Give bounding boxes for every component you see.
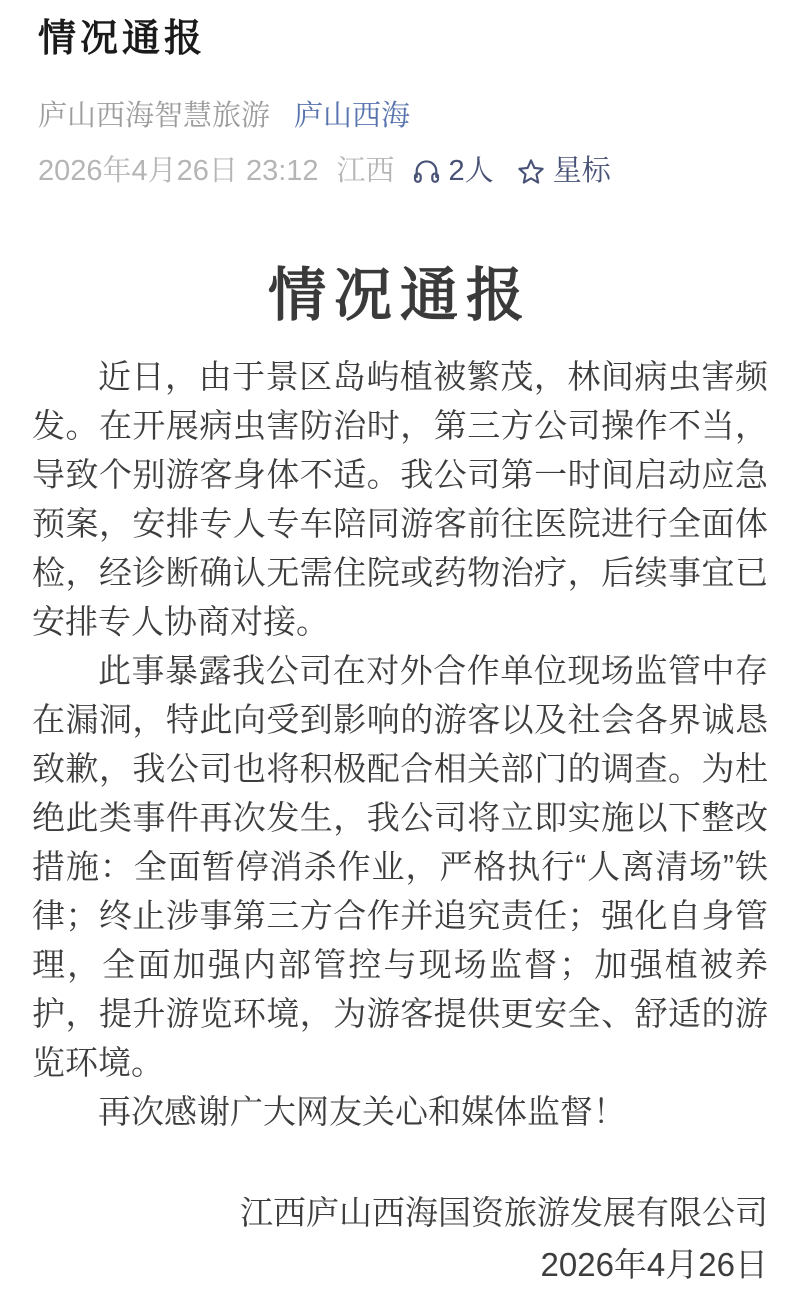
article-title: 情况通报 [32, 264, 768, 328]
byline: 庐山西海智慧旅游 庐山西海 [38, 100, 762, 133]
article-paragraph: 此事暴露我公司在对外合作单位现场监管中存在漏洞，特此向受到影响的游客以及社会各界… [32, 646, 768, 1087]
signature: 江西庐山西海国资旅游发展有限公司 2026年4月26日 [32, 1187, 768, 1290]
publish-location: 江西 [337, 155, 395, 188]
meta-row: 2026年4月26日 23:12 江西 2人 [38, 155, 762, 188]
publish-datetime: 2026年4月26日 23:12 [38, 155, 319, 188]
star-icon [516, 157, 546, 187]
article-body: 情况通报 近日，由于景区岛屿植被繁茂，林间病虫害频发。在开展病虫害防治时，第三方… [0, 264, 800, 1290]
signature-date: 2026年4月26日 [32, 1239, 768, 1290]
starred-badge[interactable]: 星标 [516, 155, 611, 188]
article-header: 情况通报 庐山西海智慧旅游 庐山西海 2026年4月26日 23:12 江西 2… [0, 0, 800, 188]
headphones-icon [411, 156, 442, 187]
page-title: 情况通报 [38, 16, 762, 62]
audio-listeners[interactable]: 2人 [411, 155, 494, 188]
listeners-count: 2人 [449, 155, 494, 188]
article-page: 情况通报 庐山西海智慧旅游 庐山西海 2026年4月26日 23:12 江西 2… [0, 0, 800, 1290]
star-label: 星标 [553, 155, 611, 188]
account-link[interactable]: 庐山西海 [294, 100, 410, 133]
signature-company: 江西庐山西海国资旅游发展有限公司 [32, 1187, 768, 1239]
article-paragraph: 近日，由于景区岛屿植被繁茂，林间病虫害频发。在开展病虫害防治时，第三方公司操作不… [32, 352, 768, 646]
article-paragraph: 再次感谢广大网友关心和媒体监督！ [32, 1087, 768, 1136]
author-name: 庐山西海智慧旅游 [38, 100, 270, 133]
